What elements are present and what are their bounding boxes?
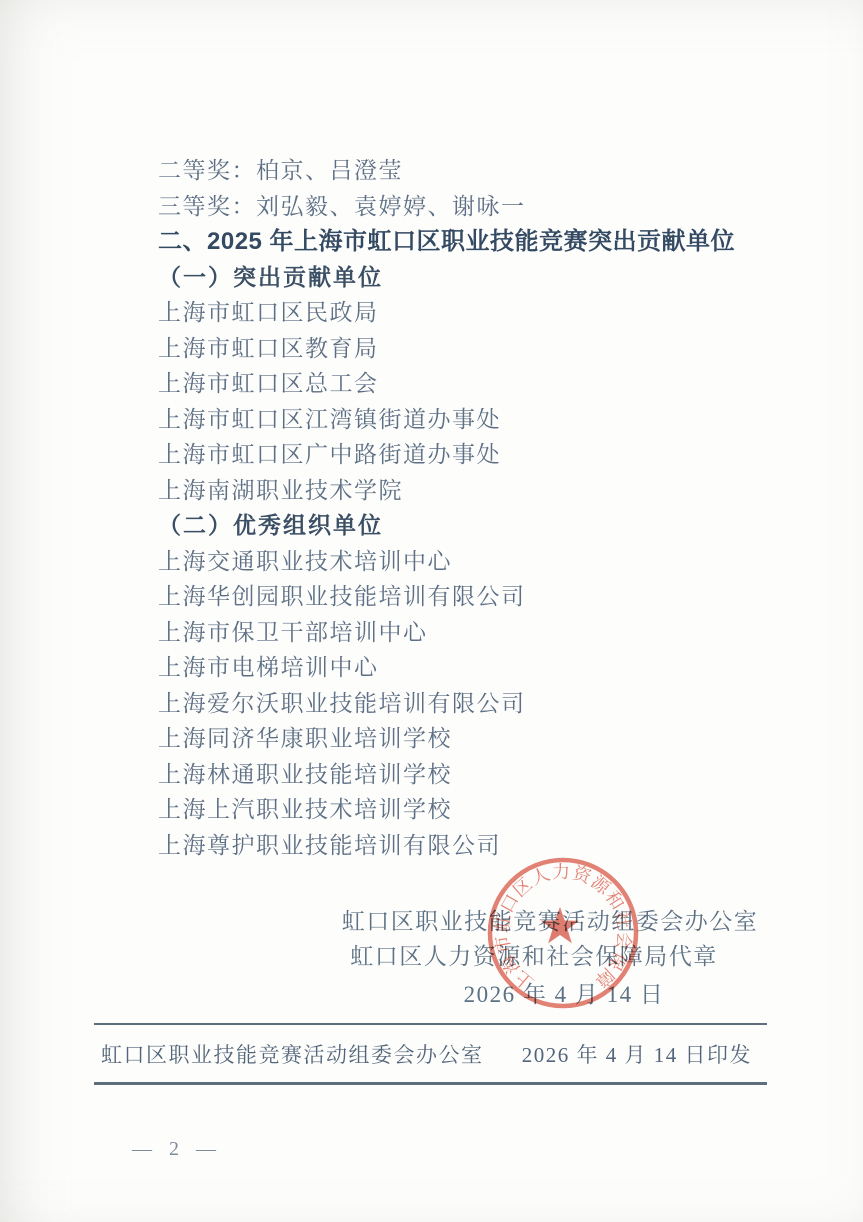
list-item: 上海市虹口区江湾镇街道办事处 <box>158 402 778 438</box>
main-text-block: 二等奖：柏京、吕澄莹 三等奖：刘弘毅、袁婷婷、谢咏一 二、2025 年上海市虹口… <box>158 153 778 863</box>
list-item: 上海华创园职业技能培训有限公司 <box>158 579 778 615</box>
list-item: 上海市虹口区教育局 <box>158 331 778 367</box>
subsection-heading: （二）优秀组织单位 <box>158 508 778 544</box>
list-item: 上海南湖职业技术学院 <box>158 473 778 509</box>
signature-agency-line: 虹口区人力资源和社会保障局代章 <box>350 938 718 971</box>
footer-divider-bottom <box>94 1082 767 1085</box>
contribution-unit-list: 上海市虹口区民政局上海市虹口区教育局上海市虹口区总工会上海市虹口区江湾镇街道办事… <box>158 295 778 508</box>
award-line: 二等奖：柏京、吕澄莹 <box>158 153 778 189</box>
list-item: 上海市虹口区广中路街道办事处 <box>158 437 778 473</box>
list-item: 上海市虹口区总工会 <box>158 366 778 402</box>
subsection-heading: （一）突出贡献单位 <box>158 260 778 296</box>
page-number: — 2 — <box>132 1138 222 1161</box>
list-item: 上海市电梯培训中心 <box>158 650 778 686</box>
list-item: 上海林通职业技能培训学校 <box>158 757 778 793</box>
footer-issuing-office: 虹口区职业技能竞赛活动组委会办公室 <box>101 1039 484 1069</box>
list-item: 上海同济华康职业培训学校 <box>158 721 778 757</box>
footer-print-date: 2026 年 4 月 14 日印发 <box>522 1039 752 1069</box>
list-item: 上海尊护职业技能培训有限公司 <box>158 828 778 864</box>
organization-unit-list: 上海交通职业技术培训中心上海华创园职业技能培训有限公司上海市保卫干部培训中心上海… <box>158 544 778 864</box>
document-page: 二等奖：柏京、吕澄莹 三等奖：刘弘毅、袁婷婷、谢咏一 二、2025 年上海市虹口… <box>0 0 863 1222</box>
signature-date: 2026 年 4 月 14 日 <box>464 976 665 1009</box>
signature-org-line: 虹口区职业技能竞赛活动组委会办公室 <box>342 903 759 936</box>
list-item: 上海市保卫干部培训中心 <box>158 615 778 651</box>
list-item: 上海爱尔沃职业技能培训有限公司 <box>158 686 778 722</box>
section-heading: 二、2025 年上海市虹口区职业技能竞赛突出贡献单位 <box>158 224 778 260</box>
list-item: 上海交通职业技术培训中心 <box>158 544 778 580</box>
list-item: 上海上汽职业技术培训学校 <box>158 792 778 828</box>
footer-divider-top <box>94 1023 767 1025</box>
list-item: 上海市虹口区民政局 <box>158 295 778 331</box>
award-line: 三等奖：刘弘毅、袁婷婷、谢咏一 <box>158 189 778 225</box>
